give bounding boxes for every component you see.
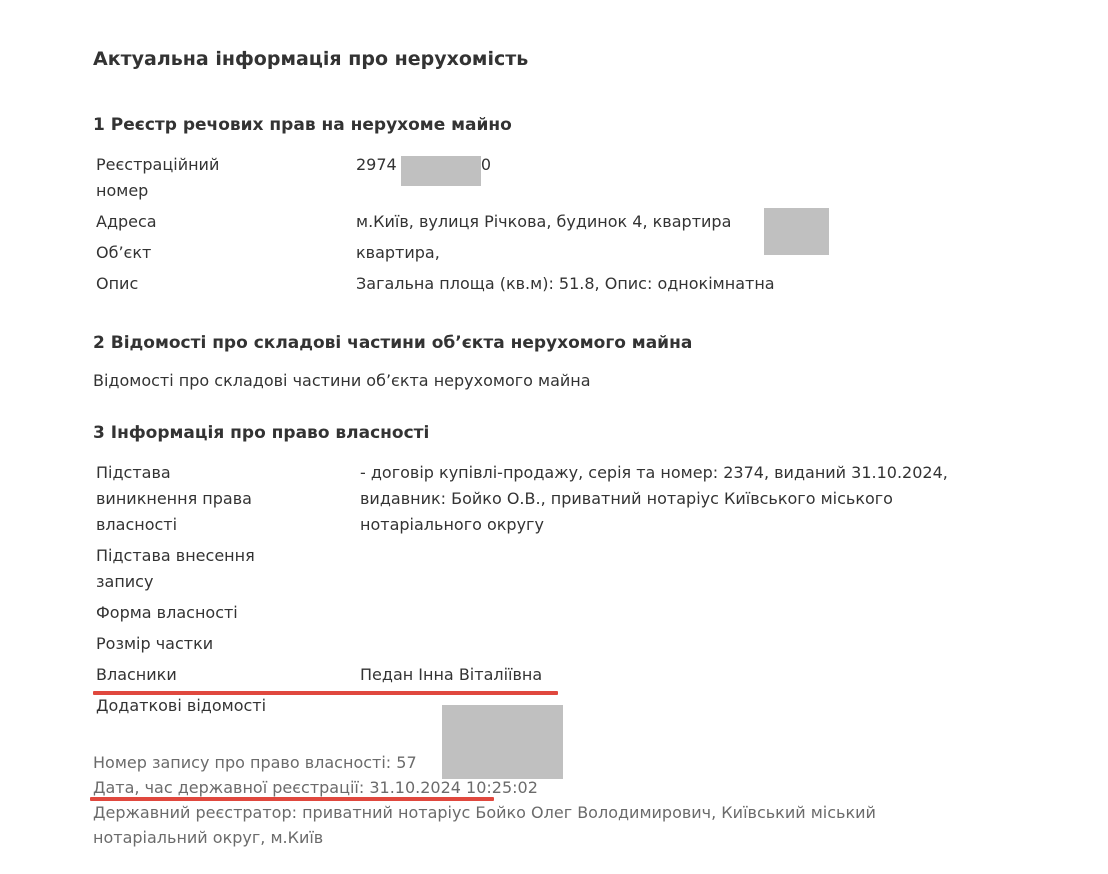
page-title: Актуальна інформація про нерухомість xyxy=(93,48,528,70)
label-address: Адреса xyxy=(96,209,356,235)
label-registration-number: Реєстраційнийномер xyxy=(96,152,356,204)
label-entry-basis: Підстава внесеннязапису xyxy=(96,543,360,595)
value-owners: Педан Інна Віталіївна xyxy=(360,662,542,688)
ownership-table: Підстававиникнення прававласності - дого… xyxy=(96,460,1010,724)
section-2-text: Відомості про складові частини об’єкта н… xyxy=(93,371,591,390)
value-ownership-basis: - договір купівлі-продажу, серія та номе… xyxy=(360,460,1010,538)
label-owners: Власники xyxy=(96,662,360,688)
record-number: Номер запису про право власності: 57 xyxy=(93,750,973,775)
registrar: Державний реєстратор: приватний нотаріус… xyxy=(93,800,973,850)
section-1-title: 1 Реєстр речових прав на нерухоме майно xyxy=(93,115,512,135)
row-share-size: Розмір частки xyxy=(96,631,1010,657)
label-additional-info: Додаткові відомості xyxy=(96,693,360,719)
row-description: Опис Загальна площа (кв.м): 51.8, Опис: … xyxy=(96,271,775,297)
row-object: Об’єкт квартира, xyxy=(96,240,775,266)
row-address: Адреса м.Київ, вулиця Річкова, будинок 4… xyxy=(96,209,775,235)
redaction-registration-number xyxy=(401,156,481,186)
row-owners: Власники Педан Інна Віталіївна xyxy=(96,662,1010,688)
redaction-apartment-number xyxy=(764,208,829,255)
row-ownership-form: Форма власності xyxy=(96,600,1010,626)
section-3-title: 3 Інформація про право власності xyxy=(93,423,429,443)
row-ownership-basis: Підстававиникнення прававласності - дого… xyxy=(96,460,1010,538)
label-share-size: Розмір частки xyxy=(96,631,360,657)
owners-highlight-underline xyxy=(93,691,558,695)
registration-date-underline xyxy=(90,797,494,801)
value-address: м.Київ, вулиця Річкова, будинок 4, кварт… xyxy=(356,209,731,235)
value-description: Загальна площа (кв.м): 51.8, Опис: однок… xyxy=(356,271,775,297)
row-entry-basis: Підстава внесеннязапису xyxy=(96,543,1010,595)
label-description: Опис xyxy=(96,271,356,297)
value-object: квартира, xyxy=(356,240,440,266)
label-object: Об’єкт xyxy=(96,240,356,266)
label-ownership-form: Форма власності xyxy=(96,600,360,626)
section-2-title: 2 Відомості про складові частини об’єкта… xyxy=(93,333,692,353)
label-ownership-basis: Підстававиникнення прававласності xyxy=(96,460,360,538)
